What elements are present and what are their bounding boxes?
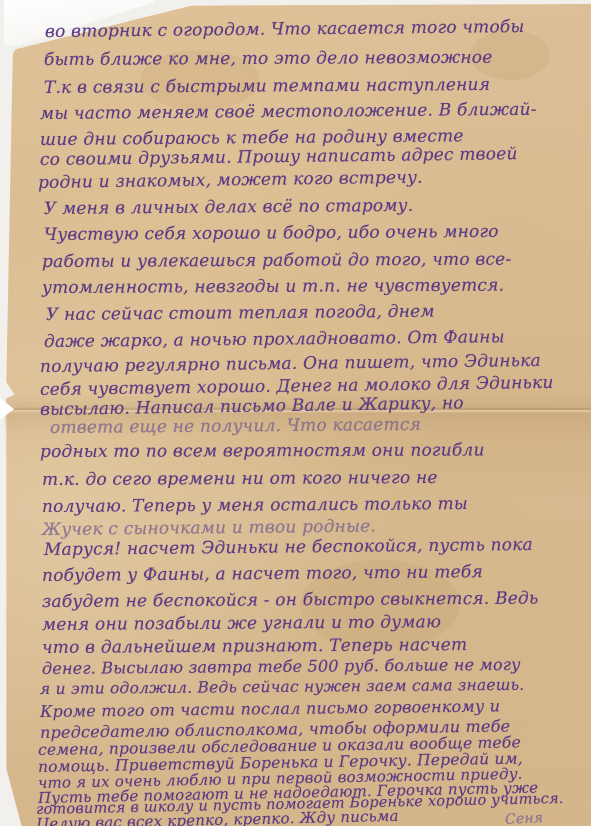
letter-line: меня они позабыли же угнали и то думаю xyxy=(42,612,441,635)
letter-line: забудет не беспокойся - он быстро свыкне… xyxy=(42,589,539,612)
letter-line: получаю. Теперь у меня остались только т… xyxy=(42,494,468,517)
letter-line: мы часто меняем своё местоположение. В б… xyxy=(40,100,537,124)
signature: Сеня xyxy=(505,810,544,826)
letter-line: Чувствую себя хорошо и бодро, ибо очень … xyxy=(44,222,499,245)
letter-line: родных то по всем вероятностям они погиб… xyxy=(40,440,485,462)
letter-line: во вторник с огородом. Что касается того… xyxy=(45,17,525,42)
letter-line: утомленность, невзгоды и т.п. не чувству… xyxy=(42,276,504,298)
letter-line-on-fold: ответа еще не получил. Что касается xyxy=(50,415,421,438)
letter-line: быть ближе ко мне, то это дело невозможн… xyxy=(44,48,493,70)
letter-line: У нас сейчас стоит теплая погода, днем xyxy=(46,302,435,325)
letter-line: я и эти одолжил. Ведь сейчас нужен заем … xyxy=(40,676,525,698)
letter-line: работы и увлекаешься работой до того, чт… xyxy=(42,250,511,272)
letter-line: побудет у Фаины, а насчет того, что ни т… xyxy=(42,562,483,586)
letter-line: т.к. до сего времени ни от кого ничего н… xyxy=(42,468,438,490)
letter-line: денег. Высылаю завтра тебе 500 руб. боль… xyxy=(42,655,521,678)
letter-line: У меня в личных делах всё по старому. xyxy=(44,196,413,219)
letter-line: Т.к в связи с быстрыми темпами наступлен… xyxy=(44,75,490,98)
letter-line: Маруся! насчет Эдиньки не беспокойся, пу… xyxy=(44,535,533,560)
letter-line: даже жарко, а ночью прохладновато. От Фа… xyxy=(44,327,505,352)
letter-line: родни и знакомых, может кого встречу. xyxy=(38,168,423,193)
letter-body: во вторник с огородом. Что касается того… xyxy=(0,0,591,826)
letter-line: что в дальнейшем признают. Теперь насчет xyxy=(42,635,467,658)
